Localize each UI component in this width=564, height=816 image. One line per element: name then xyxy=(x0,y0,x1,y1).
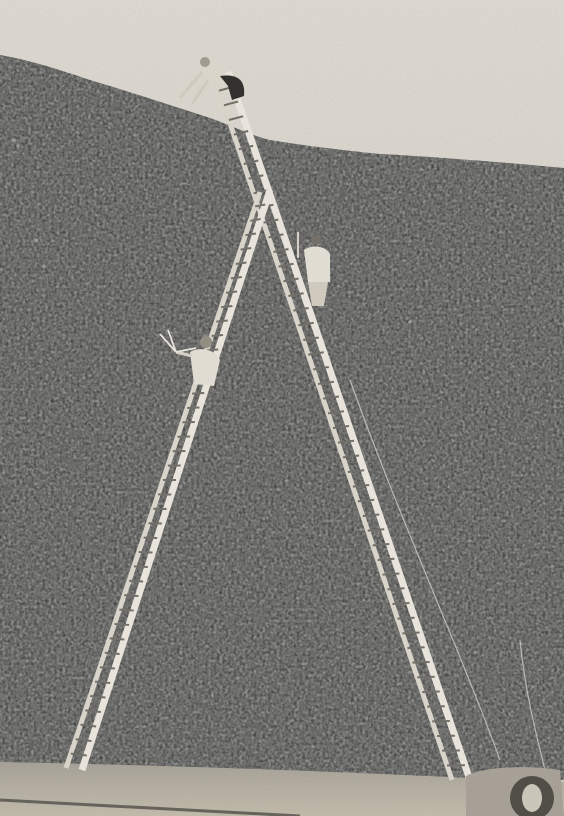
photograph xyxy=(0,0,564,816)
photo-canvas xyxy=(0,0,564,816)
paper-grain xyxy=(0,0,564,816)
